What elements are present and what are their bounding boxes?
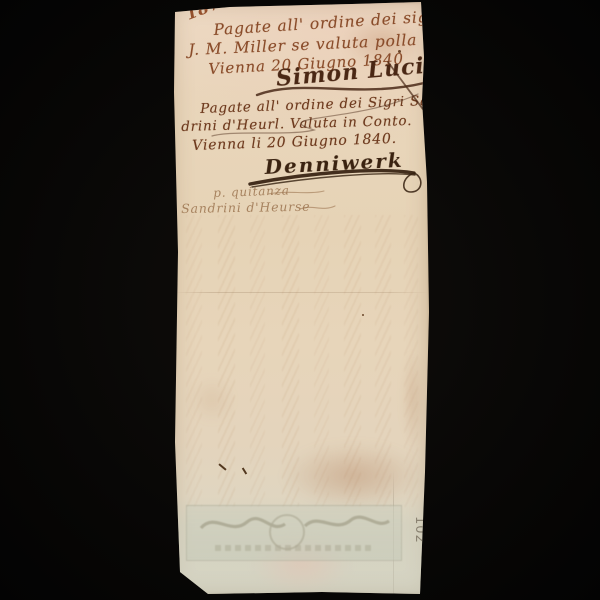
archive-number: 102 <box>377 516 427 534</box>
document-paper: 1879 Pagate all' ordine dei sig. J. M. M… <box>172 2 429 594</box>
signature-flourishes <box>172 2 429 594</box>
photo-background: 1879 Pagate all' ordine dei sig. J. M. M… <box>0 0 600 600</box>
